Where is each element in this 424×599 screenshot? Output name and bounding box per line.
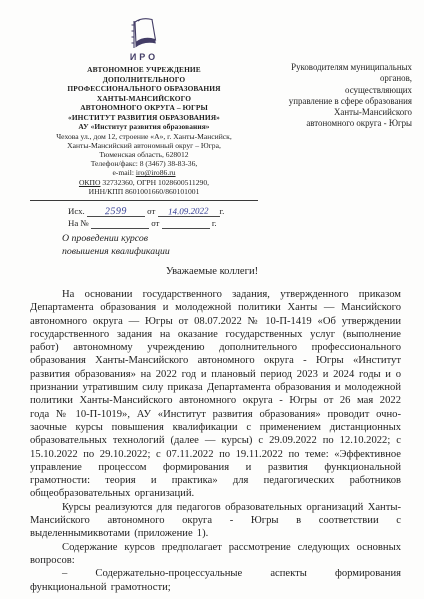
org-name-line: АВТОНОМНОЕ УЧРЕЖДЕНИЕ: [30, 65, 258, 75]
subject-line: О проведении курсов: [62, 233, 170, 246]
handwritten-outgoing-number: 2599: [105, 206, 127, 219]
outgoing-ref-row: Исх. 2599 от 14.09.2022г.: [30, 205, 258, 217]
letter-body: На основании государственного задания, у…: [30, 288, 401, 594]
phone-line: Телефон/факс: 8 (3467) 38-83-36,: [30, 159, 258, 168]
incoming-ref-row: На № от г.: [30, 217, 258, 229]
body-paragraph-3: Содержание курсов предполагает рассмотре…: [30, 541, 401, 568]
recipient-block: Руководителям муниципальных органов, осу…: [234, 62, 412, 130]
scanned-letter-page: ИРО АВТОНОМНОЕ УЧРЕЖДЕНИЕ ДОПОЛНИТЕЛЬНОГ…: [0, 0, 424, 599]
outgoing-from-label: от: [147, 206, 155, 216]
address-line: Тюменская область, 628012: [30, 150, 258, 159]
recipient-line: автономного округа - Югры: [234, 118, 412, 129]
org-name-line: ДОПОЛНИТЕЛЬНОГО: [30, 75, 258, 85]
okpo-ogrn-values: 32732360, ОГРН 1028600511290,: [102, 178, 209, 187]
incoming-year-suffix: г.: [212, 218, 217, 228]
organization-address-block: Чехова ул., дом 12, строение «А», г. Хан…: [30, 132, 258, 196]
okpo-label: ОКПО: [79, 178, 101, 187]
address-line: Чехова ул., дом 12, строение «А», г. Хан…: [30, 132, 258, 141]
org-name-line: ХАНТЫ-МАНСИЙСКОГО: [30, 94, 258, 104]
organization-name-block: АВТОНОМНОЕ УЧРЕЖДЕНИЕ ДОПОЛНИТЕЛЬНОГО ПР…: [30, 65, 258, 132]
org-name-line: ПРОФЕССИОНАЛЬНОГО ОБРАЗОВАНИЯ: [30, 84, 258, 94]
recipient-line: осуществляющих: [234, 85, 412, 96]
email-line: e-mail: iro@iro86.ru: [30, 168, 258, 177]
org-name-line: АВТОНОМНОГО ОКРУГА – ЮГРЫ: [30, 103, 258, 113]
incoming-number-field: [91, 217, 149, 229]
handwritten-outgoing-date: 14.09.2022: [168, 204, 209, 217]
letterhead: ИРО АВТОНОМНОЕ УЧРЕЖДЕНИЕ ДОПОЛНИТЕЛЬНОГ…: [30, 16, 258, 229]
institute-logo: ИРО: [30, 16, 258, 62]
letterhead-divider: [30, 200, 258, 201]
address-line: Ханты-Мансийский автономный округ – Югра…: [30, 141, 258, 150]
recipient-line: Руководителям муниципальных: [234, 62, 412, 73]
body-paragraph-2: Курсы реализуются для педагогов образова…: [30, 501, 401, 541]
recipient-line: органов,: [234, 73, 412, 84]
incoming-label: На №: [68, 218, 89, 228]
org-name-line: «ИНСТИТУТ РАЗВИТИЯ ОБРАЗОВАНИЯ»: [30, 113, 258, 123]
email-label: e-mail:: [112, 168, 134, 177]
letter-subject: О проведении курсов повышения квалификац…: [62, 233, 170, 258]
inn-kpp-line: ИНН/КПП 8601001660/860101001: [30, 187, 258, 196]
logo-acronym-text: ИРО: [30, 52, 258, 62]
registry-codes-line: ОКПО 32732360, ОГРН 1028600511290,: [30, 178, 258, 187]
org-short-name-line: АУ «Институт развития образования»: [30, 122, 258, 132]
outgoing-date-field: 14.09.2022: [158, 205, 220, 217]
open-book-logo-icon: [121, 16, 167, 54]
body-paragraph-1: На основании государственного задания, у…: [30, 288, 401, 501]
incoming-from-label: от: [151, 218, 159, 228]
body-bullet-1: – Содержательно-процессуальные аспекты ф…: [30, 567, 401, 594]
outgoing-label: Исх.: [68, 206, 85, 216]
email-address: iro@iro86.ru: [136, 168, 176, 177]
subject-line: повышения квалификации: [62, 246, 170, 259]
outgoing-year-suffix: г.: [220, 206, 225, 216]
salutation: Уважаемые коллеги!: [0, 266, 424, 277]
recipient-line: Ханты-Мансийского: [234, 107, 412, 118]
incoming-date-field: [162, 217, 210, 229]
outgoing-number-field: 2599: [87, 205, 145, 217]
recipient-line: управление в сфере образования: [234, 96, 412, 107]
